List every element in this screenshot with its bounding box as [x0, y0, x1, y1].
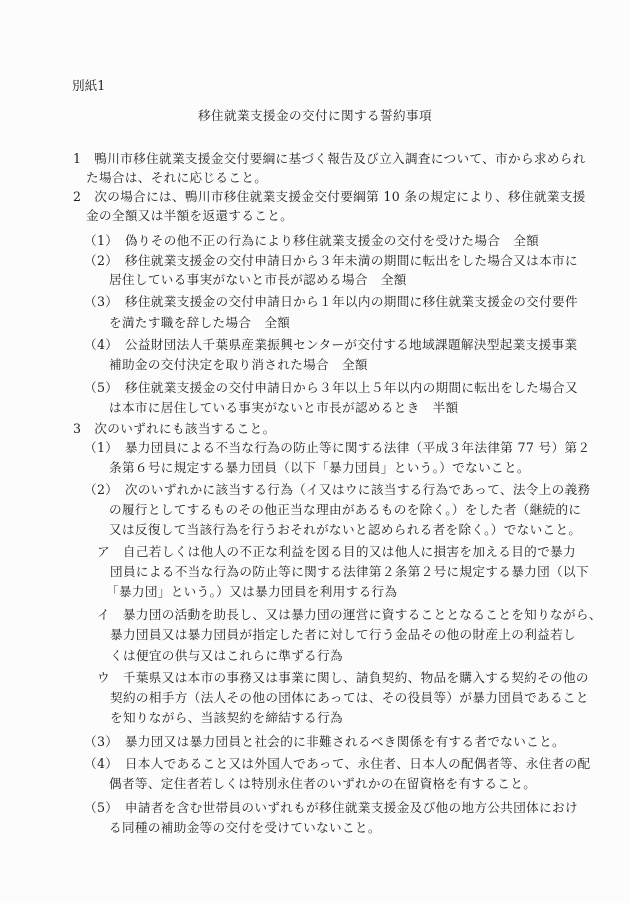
attachment-label: 別紙1 [72, 78, 105, 94]
document-page: 別紙1 移住就業支援金の交付に関する誓約事項 1 鴨川市移住就業支援金交付要綱に… [0, 0, 630, 903]
section-2-item-3-line-1: （3） 移住就業支援金の交付申請日から１年以内の期間に移住就業支援金の交付要件 [84, 294, 578, 310]
section-3-item-5-line-2: る同種の補助金等の交付を受けていないこと。 [109, 820, 381, 836]
section-2-line-1: 2 次の場合には、鴨川市移住就業支援金交付要綱第 10 条の規定により、移住就業… [73, 189, 586, 205]
section-2-item-5-line-1: （5） 移住就業支援金の交付申請日から３年以上５年以内の期間に転出をした場合又 [84, 380, 578, 396]
section-3-item-2-line-3: 又は反復して当該行為を行うおそれがないと認められる者を除く。）でないこと。 [109, 522, 581, 538]
section-3-item-2-sub-i-line-1: イ 暴力団の活動を助長し、又は暴力団の運営に資することとなることを知りながら、 [97, 607, 602, 623]
section-3-item-2-line-1: （2） 次のいずれかに該当する行為（イ又はウに該当する行為であって、法令上の義務 [84, 482, 591, 498]
section-3-item-2-sub-a-line-3: 「暴力団」という。）又は暴力団員を利用する行為 [106, 584, 397, 600]
document-title: 移住就業支援金の交付に関する誓約事項 [0, 108, 630, 124]
section-3-item-2-sub-i-line-3: くは便宜の供与又はこれらに準ずる行為 [110, 648, 343, 664]
section-2-item-1-line-1: （1） 偽りその他不正の行為により移住就業支援金の交付を受けた場合 全額 [84, 233, 539, 249]
section-2-line-2: 金の全額又は半額を返還すること。 [86, 208, 293, 224]
section-3-item-1-line-1: （1） 暴力団員による不当な行為の防止等に関する法律（平成３年法律第 77 号）… [84, 440, 590, 456]
section-3-item-4-line-1: （4） 日本人であること又は外国人であって、永住者、日本人の配偶者等、永住者の配 [84, 756, 591, 772]
section-3-item-2-sub-a-line-2: 団員による不当な行為の防止等に関する法律第２条第２号に規定する暴力団（以下 [110, 564, 589, 580]
section-3-line-1: 3 次のいずれにも該当すること。 [73, 421, 276, 437]
section-3-item-2-line-2: の履行としてするものその他正当な理由があるものを除く。）をした者（継続的に [109, 502, 581, 518]
section-3-item-2-sub-u-line-1: ウ 千葉県又は本市の事務又は事業に関し、請負契約、物品を購入する契約その他の [97, 670, 589, 686]
section-2-item-3-line-2: を満たす職を辞した場合 全額 [109, 315, 290, 331]
section-2-item-2-line-2: 居住している事実がないと市長が認める場合 全額 [109, 272, 407, 288]
section-3-item-2-sub-a-line-1: ア 自己若しくは他人の不正な利益を図る目的又は他人に損害を加える目的で暴力 [97, 544, 576, 560]
section-2-item-5-line-2: は本市に居住している事実がないと市長が認めるとき 半額 [109, 400, 458, 416]
section-3-item-2-sub-i-line-2: 暴力団員又は暴力団員が指定した者に対して行う金品その他の財産上の利益若し [110, 627, 576, 643]
section-3-item-3-line-1: （3） 暴力団又は暴力団員と社会的に非難されるべき関係を有する者でないこと。 [84, 734, 565, 750]
section-3-item-2-sub-u-line-2: 契約の相手方（法人その他の団体にあっては、その役員等）が暴力団員であること [110, 690, 589, 706]
section-2-item-4-line-1: （4） 公益財団法人千葉県産業振興センターが交付する地域課題解決型起業支援事業 [84, 337, 577, 353]
section-1-line-1: 1 鴨川市移住就業支援金交付要綱に基づく報告及び立入調査について、市から求められ [73, 151, 586, 167]
section-2-item-2-line-1: （2） 移住就業支援金の交付申請日から３年未満の期間に転出をした場合又は本市に [84, 253, 578, 269]
section-2-item-4-line-2: 補助金の交付決定を取り消された場合 全額 [109, 357, 368, 373]
section-3-item-1-line-2: 条第６号に規定する暴力団員（以下「暴力団員」という。）でないこと。 [109, 460, 530, 476]
section-1-line-2: た場合は、それに応じること。 [86, 170, 267, 186]
section-3-item-4-line-2: 偶者等、定住者若しくは特別永住者のいずれかの在留資格を有すること。 [109, 776, 536, 792]
section-3-item-5-line-1: （5） 申請者を含む世帯員のいずれもが移住就業支援金及び他の地方公共団体におけ [84, 800, 578, 816]
section-3-item-2-sub-u-line-3: を知りながら、当該契約を締結する行為 [110, 710, 343, 726]
